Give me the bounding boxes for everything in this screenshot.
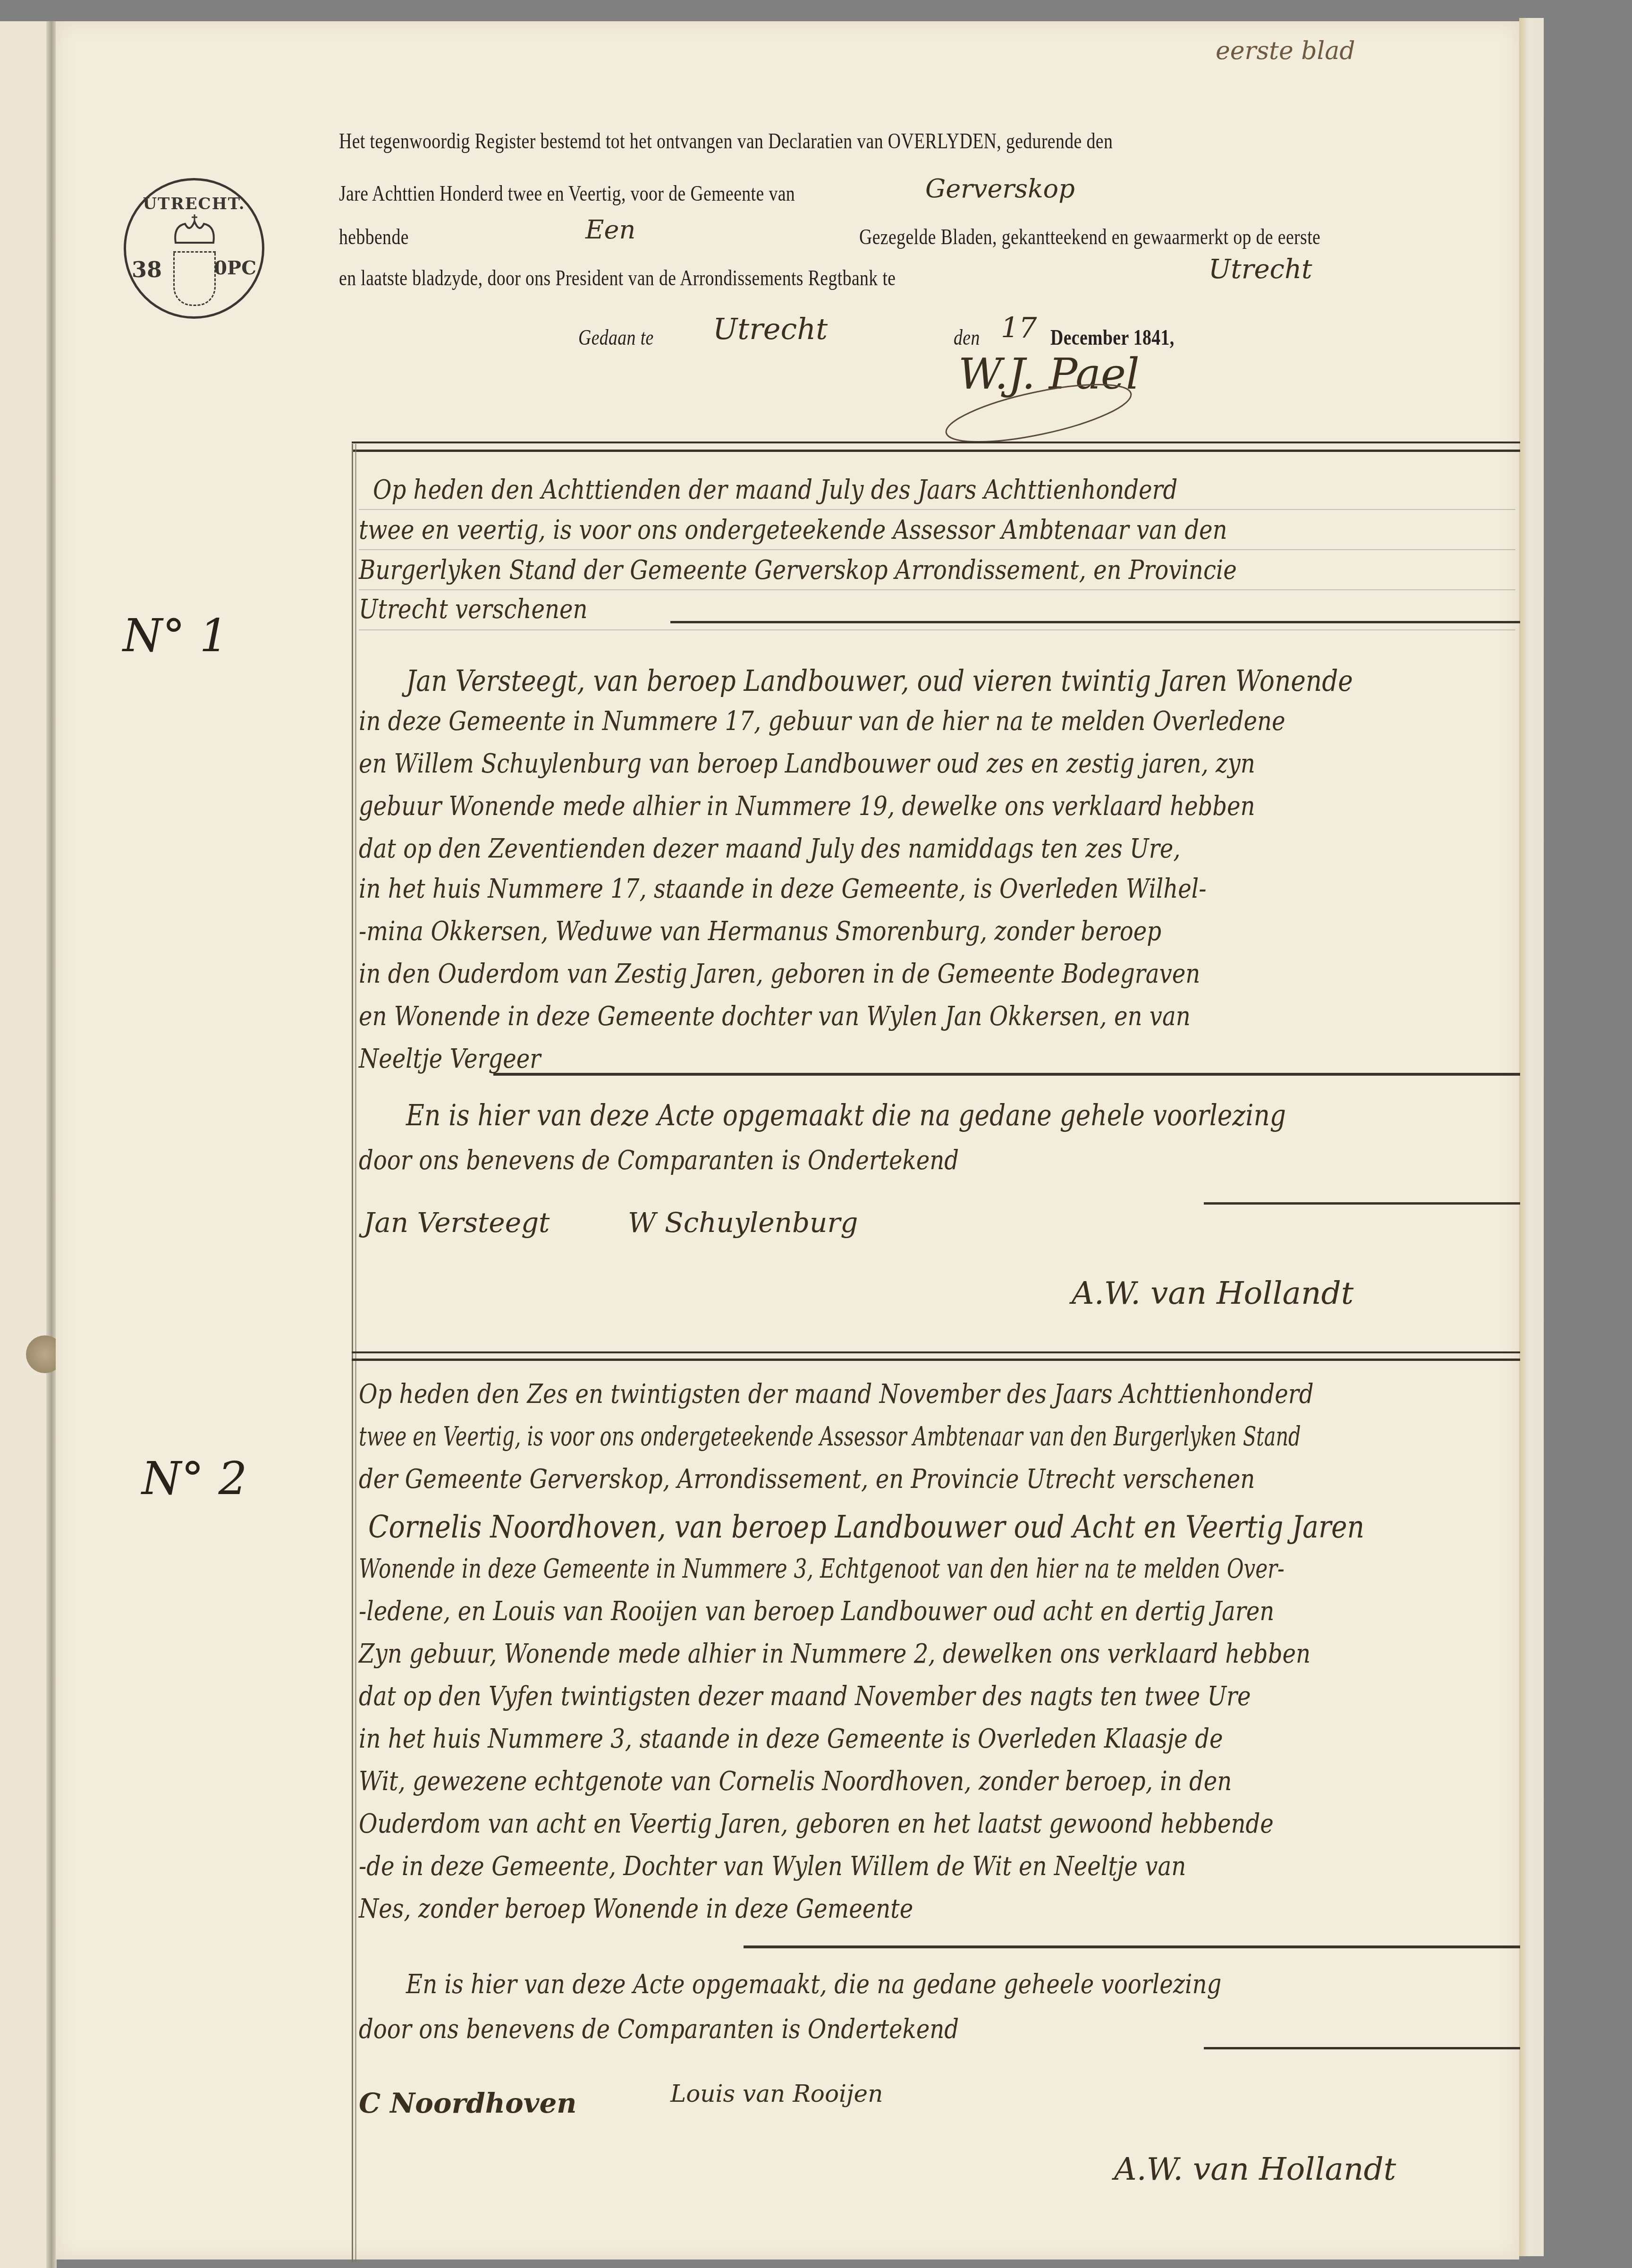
- stamp-value-right: 0PC: [214, 257, 256, 279]
- entry-1-line: Op heden den Achttienden der maand July …: [373, 475, 1177, 505]
- header-line-1: Het tegenwoordig Register bestemd tot he…: [339, 128, 1113, 153]
- entry-2-closing: En is hier van deze Acte opgemaakt, die …: [406, 1969, 1221, 2000]
- entry-2-line: Cornelis Noordhoven, van beroep Landbouw…: [368, 1509, 1364, 1545]
- frame-top-rule-2: [352, 450, 1520, 452]
- line-filler: [670, 621, 1520, 623]
- entry-separator-1: [352, 1351, 1520, 1353]
- entry-2-line: Nes, zonder beroep Wonende in deze Gemee…: [359, 1894, 913, 1924]
- header-court-city: Utrecht: [1209, 254, 1312, 285]
- crown-icon: [171, 214, 218, 247]
- official-signature: A.W. van Hollandt: [1072, 1275, 1353, 1311]
- entry-number-1: N° 1: [123, 609, 228, 662]
- entry-number-2: N° 2: [142, 1452, 247, 1505]
- done-at-place: Utrecht: [713, 312, 828, 346]
- header-line-2: Jare Achttien Honderd twee en Veertig, v…: [339, 181, 795, 206]
- header-line-3a: hebbende: [339, 224, 409, 249]
- entry-2-line: dat op den Vyfen twintigsten dezer maand…: [359, 1681, 1251, 1712]
- entry-1-line: Neeltje Vergeer: [359, 1044, 541, 1074]
- entry-1-line: in het huis Nummere 17, staande in deze …: [359, 874, 1206, 904]
- entry-1-line: twee en veertig, is voor ons ondergeteek…: [359, 515, 1227, 545]
- ruled-line: [359, 549, 1515, 550]
- line-filler: [744, 1945, 1520, 1948]
- entry-2-line: in het huis Nummere 3, staande in deze G…: [359, 1724, 1223, 1754]
- signature-flourish: [939, 368, 1138, 449]
- tax-stamp: UTRECHT. 38 0PC: [124, 178, 264, 319]
- witness-signature: Louis van Rooijen: [670, 2080, 883, 2107]
- ruled-line: [359, 509, 1515, 510]
- page-edges: [1519, 18, 1544, 2256]
- entry-1-line: Utrecht verschenen: [359, 594, 588, 625]
- entry-2-closing: door ons benevens de Comparanten is Onde…: [359, 2014, 959, 2045]
- entry-2-line: Op heden den Zes en twintigsten der maan…: [359, 1379, 1314, 1410]
- ruled-line: [359, 589, 1515, 590]
- header-line-3b: Gezegelde Bladen, gekantteekend en gewaa…: [859, 224, 1320, 249]
- stamp-value-left: 38: [132, 257, 162, 282]
- date-rest: December 1841,: [1050, 325, 1175, 350]
- entry-1-line: dat op den Zeventienden dezer maand July…: [359, 833, 1181, 864]
- entry-2-line: Zyn gebuur, Wonende mede alhier in Numme…: [359, 1639, 1311, 1669]
- witness-signature: C Noordhoven: [359, 2087, 576, 2119]
- page-annotation: eerste blad: [1216, 37, 1355, 65]
- entry-1-line: Burgerlyken Stand der Gemeente Gerversko…: [359, 555, 1237, 586]
- line-filler: [1204, 2047, 1520, 2049]
- book-spine: [46, 21, 57, 2268]
- header-municipality: Gerverskop: [925, 174, 1075, 204]
- entry-2-line: -de in deze Gemeente, Dochter van Wylen …: [359, 1851, 1186, 1882]
- entry-2-line: -ledene, en Louis van Rooijen van beroep…: [359, 1596, 1274, 1627]
- frame-top-rule-1: [352, 442, 1520, 443]
- official-signature: A.W. van Hollandt: [1114, 2151, 1396, 2187]
- entry-2-line: Wonende in deze Gemeente in Nummere 3, E…: [359, 1554, 1285, 1584]
- entry-2-line: der Gemeente Gerverskop, Arrondissement,…: [359, 1464, 1255, 1495]
- ruled-line: [359, 629, 1515, 630]
- entry-1-closing: door ons benevens de Comparanten is Onde…: [359, 1145, 959, 1176]
- header-line-4: en laatste bladzyde, door ons President …: [339, 265, 896, 290]
- witness-signature: Jan Versteegt: [364, 1206, 550, 1239]
- line-filler: [1204, 1202, 1520, 1205]
- date-label: den: [954, 325, 980, 350]
- entry-1-closing: En is hier van deze Acte opgemaakt die n…: [406, 1098, 1286, 1132]
- entry-1-line: in den Ouderdom van Zestig Jaren, gebore…: [359, 959, 1200, 989]
- entry-1-line: en Wonende in deze Gemeente dochter van …: [359, 1001, 1191, 1032]
- entry-1-line: in deze Gemeente in Nummere 17, gebuur v…: [359, 706, 1285, 737]
- header-sheet-count: Een: [585, 215, 635, 245]
- done-at-label: Gedaan te: [578, 325, 654, 350]
- witness-signature: W Schuylenburg: [628, 1206, 858, 1239]
- entry-1-line: gebuur Wonende mede alhier in Nummere 19…: [359, 791, 1255, 822]
- entry-2-line: Wit, gewezene echtgenote van Cornelis No…: [359, 1766, 1232, 1797]
- entry-2-line: Ouderdom van acht en Veertig Jaren, gebo…: [359, 1809, 1274, 1839]
- entry-1-line: Jan Versteegt, van beroep Landbouwer, ou…: [406, 663, 1353, 698]
- entry-2-line: twee en Veertig, is voor ons ondergeteek…: [359, 1421, 1301, 1452]
- date-day: 17: [1001, 312, 1037, 345]
- coat-of-arms-shield: [173, 251, 216, 306]
- stamp-city: UTRECHT.: [126, 195, 262, 213]
- entry-1-line: en Willem Schuylenburg van beroep Landbo…: [359, 748, 1255, 779]
- line-filler: [493, 1073, 1520, 1076]
- entry-1-line: -mina Okkersen, Weduwe van Hermanus Smor…: [359, 916, 1161, 947]
- entry-separator-2: [352, 1359, 1520, 1361]
